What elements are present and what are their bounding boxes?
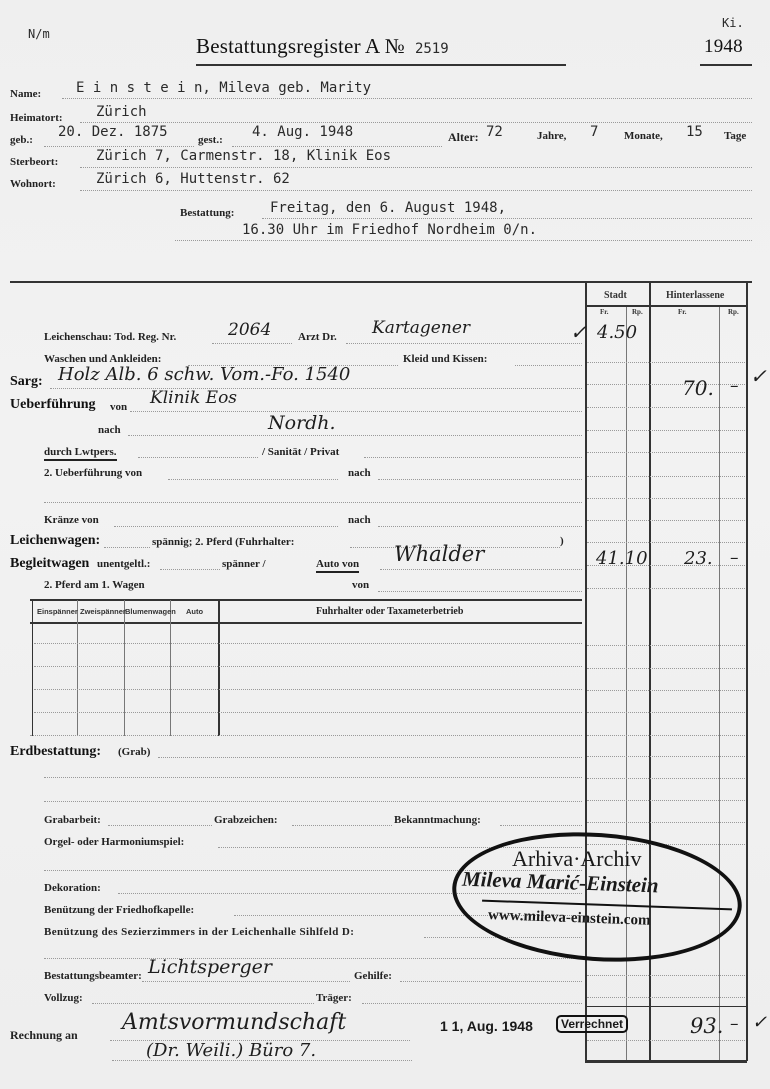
orgel-label: Orgel- oder Harmoniumspiel:	[44, 836, 184, 848]
burial-line-2: 16.30 Uhr im Friedhof Nordheim 0/n.	[242, 222, 537, 238]
sezier-label: Benützung des Sezierzimmers in der Leich…	[44, 926, 354, 938]
th-einspaenner: Einspänner	[37, 607, 78, 616]
years-label: Jahre,	[537, 130, 566, 142]
sanitaet-label: / Sanität / Privat	[262, 446, 339, 458]
cost-leichenschau-stadt: 4.50	[597, 322, 637, 343]
rechnung-recipient: Amtsvormundschaft	[122, 1010, 346, 1035]
burial-register-form: N/m Bestattungsregister A № 2519 Ki. 194…	[0, 0, 770, 1089]
kleid-label: Kleid und Kissen:	[403, 353, 487, 365]
arzt-label: Arzt Dr.	[298, 331, 337, 343]
tod-reg-nr: 2064	[228, 320, 271, 340]
heimatort-value: Zürich	[96, 104, 147, 120]
age-days: 15	[686, 124, 703, 140]
check-mark: ✓	[750, 364, 767, 388]
th-blumenwagen: Blumenwagen	[125, 607, 176, 616]
invoice-date-stamp: 1 1, Aug. 1948	[440, 1018, 533, 1034]
beamter-signature: Lichtsperger	[148, 956, 272, 978]
months-label: Monate,	[624, 130, 663, 142]
rechnung-label: Rechnung an	[10, 1028, 78, 1043]
cost-sarg-hinterl-rp: –	[730, 376, 739, 396]
cost-sarg-hinterl-fr: 70.	[682, 376, 714, 400]
total-rule	[585, 1060, 747, 1063]
register-number: 2519	[415, 41, 449, 57]
verrechnet-stamp: Verrechnet	[556, 1015, 628, 1033]
cost-col-right-border	[746, 281, 748, 1061]
death-label: gest.:	[198, 134, 223, 146]
cost-auto-stadt: 41.10	[596, 548, 648, 569]
register-year: 1948	[704, 36, 743, 58]
residence-label: Wohnort:	[10, 178, 56, 190]
death-date: 4. Aug. 1948	[252, 124, 353, 140]
check-mark: ✓	[570, 320, 587, 344]
bekanntmachung-label: Bekanntmachung:	[394, 814, 481, 826]
col-stadt: Stadt	[604, 290, 627, 301]
kapelle-label: Benützung der Friedhofkapelle:	[44, 904, 194, 916]
birth-label: geb.:	[10, 134, 33, 146]
auto-von-label: Auto von	[316, 558, 359, 573]
leichenwagen-label: Leichenwagen:	[10, 533, 100, 549]
heimatort-label: Heimatort:	[10, 112, 63, 124]
gehilfe-label: Gehilfe:	[354, 970, 392, 982]
age-months: 7	[590, 124, 598, 140]
sarg-label: Sarg:	[10, 374, 43, 390]
days-label: Tage	[724, 130, 746, 142]
name-label: Name:	[10, 88, 41, 100]
title-underline	[196, 64, 566, 66]
rechnung-recipient-detail: (Dr. Weili.) Büro 7.	[146, 1040, 316, 1061]
place-of-death-label: Sterbeort:	[10, 156, 58, 168]
year-underline	[700, 64, 752, 66]
vollzug-label: Vollzug:	[44, 992, 83, 1004]
cost-auto-hinterl-rp: –	[730, 548, 739, 568]
age-label: Alter:	[448, 130, 479, 145]
th-auto: Auto	[186, 607, 203, 616]
dekoration-label: Dekoration:	[44, 882, 101, 894]
check-mark: ✓	[752, 1012, 767, 1033]
corner-code: N/m	[28, 27, 50, 41]
birth-date: 20. Dez. 1875	[58, 124, 168, 140]
total-hinterl-rp: –	[730, 1014, 739, 1034]
main-rule	[10, 281, 752, 283]
ueberfuehrung2-label: 2. Ueberführung von	[44, 467, 142, 479]
arzt-value: Kartagener	[372, 318, 470, 338]
leichenschau-label: Leichenschau: Tod. Reg. Nr.	[44, 331, 176, 343]
pferd2-label: 2. Pferd am 1. Wagen	[44, 579, 145, 591]
traeger-label: Träger:	[316, 992, 352, 1004]
grabzeichen-label: Grabzeichen:	[214, 814, 278, 826]
grabarbeit-label: Grabarbeit:	[44, 814, 101, 826]
residence-value: Zürich 6, Huttenstr. 62	[96, 171, 290, 187]
kraenze-label: Kränze von	[44, 514, 99, 526]
place-of-death-value: Zürich 7, Carmenstr. 18, Klinik Eos	[96, 148, 391, 164]
ueberfuehrung-nach: Nordh.	[268, 412, 336, 434]
ueberfuehrung-label: Ueberführung	[10, 397, 96, 413]
total-hinterl-fr: 93.	[690, 1014, 723, 1038]
burial-line-1: Freitag, den 6. August 1948,	[270, 200, 506, 216]
ueberfuehrung-von: Klinik Eos	[150, 388, 237, 408]
auto-von-value: Whalder	[394, 542, 484, 566]
col-hinterlassene: Hinterlassene	[666, 290, 724, 301]
sarg-value: Holz Alb. 6 schw. Vom.-Fo. 1540	[58, 364, 350, 385]
corner-ki: Ki.	[722, 16, 744, 30]
erdbestattung-label: Erdbestattung:	[10, 744, 101, 760]
th-zweispaenner: Zweispänner	[80, 607, 126, 616]
cost-auto-hinterl-fr: 23.	[684, 548, 713, 569]
name-value: E i n s t e i n, Mileva geb. Marity	[76, 80, 371, 96]
durch-label: durch Lwtpers.	[44, 446, 117, 461]
page-title: Bestattungsregister A № 2519	[196, 34, 449, 59]
begleitwagen-label: Begleitwagen	[10, 556, 89, 572]
beamter-label: Bestattungsbeamter:	[44, 970, 142, 982]
th-fuhrhalter: Fuhrhalter oder Taxameterbetrieb	[316, 606, 463, 617]
burial-label: Bestattung:	[180, 207, 234, 219]
age-years: 72	[486, 124, 503, 140]
